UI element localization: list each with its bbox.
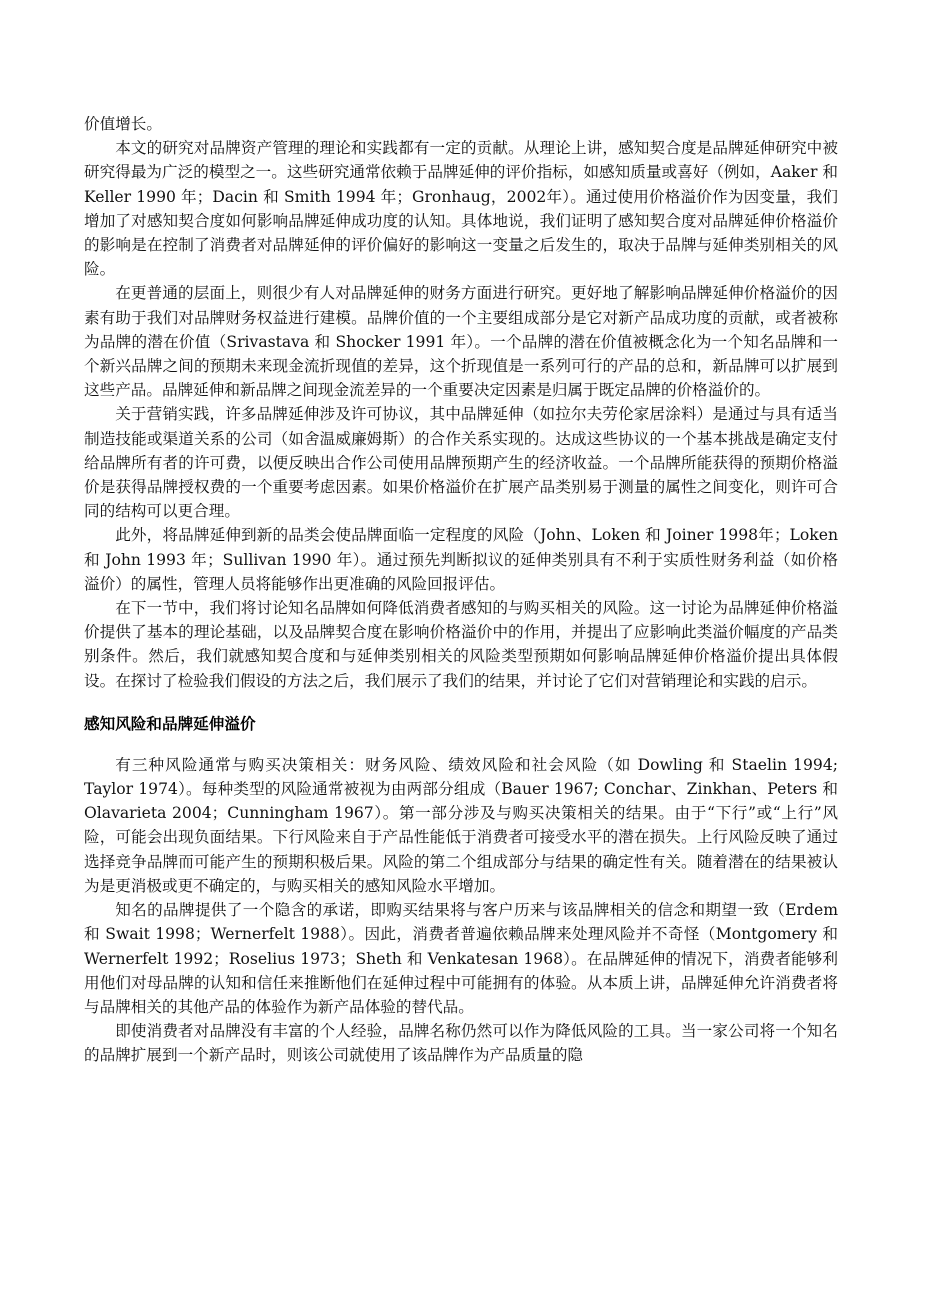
paragraph-risk: 此外，将品牌延伸到新的品类会使品牌面临一定程度的风险（John、Loken 和 … [84,523,838,596]
section-heading: 感知风险和品牌延伸溢价 [84,712,838,736]
paragraph-continuation: 价值增长。 [84,112,838,136]
document-page: 价值增长。 本文的研究对品牌资产管理的理论和实践都有一定的贡献。从理论上讲，感知… [84,112,838,1068]
paragraph-brand-promise: 知名的品牌提供了一个隐含的承诺，即购买结果将与客户历来与该品牌相关的信念和期望一… [84,898,838,1019]
paragraph-contribution: 本文的研究对品牌资产管理的理论和实践都有一定的贡献。从理论上讲，感知契合度是品牌… [84,136,838,281]
paragraph-risk-types: 有三种风险通常与购买决策相关：财务风险、绩效风险和社会风险（如 Dowling … [84,753,838,898]
paragraph-risk-reduction: 即使消费者对品牌没有丰富的个人经验，品牌名称仍然可以作为降低风险的工具。当一家公… [84,1019,838,1067]
paragraph-outline: 在下一节中，我们将讨论知名品牌如何降低消费者感知的与购买相关的风险。这一讨论为品… [84,596,838,693]
paragraph-marketing-practice: 关于营销实践，许多品牌延伸涉及许可协议，其中品牌延伸（如拉尔夫劳伦家居涂料）是通… [84,402,838,523]
paragraph-financial: 在更普通的层面上，则很少有人对品牌延伸的财务方面进行研究。更好地了解影响品牌延伸… [84,281,838,402]
